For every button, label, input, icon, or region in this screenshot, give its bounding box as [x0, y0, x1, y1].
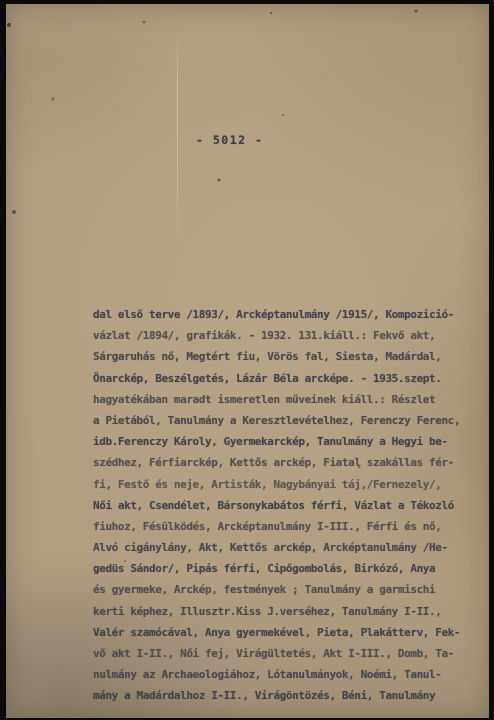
text-line: Alvó cigánylány, Akt, Kettős arckép, Arc…: [93, 537, 483, 558]
text-line: kerti képhez, Illusztr.Kiss J.verséhez, …: [93, 601, 483, 622]
text-line: szédhez, Férfiarckép, Kettős arckép, Fia…: [93, 452, 483, 473]
paper-page: - 5012 - dal első terve /1893/, Arcképta…: [6, 4, 489, 718]
text-line: vő akt I-II., Női fej, Virágültetés, Akt…: [93, 643, 483, 664]
page-number: - 5012 -: [196, 133, 263, 147]
text-line: és gyermeke, Arckép, festmények ; Tanulm…: [93, 579, 483, 600]
text-line: fiuhoz, Fésülködés, Arcképtanulmány I-II…: [93, 516, 483, 537]
text-line: hagyatékában maradt ismeretlen műveinek …: [93, 389, 483, 410]
text-line: mány a Madárdalhoz I-II., Virágöntözés, …: [93, 685, 483, 706]
text-line: fi, Festő és neje, Artisták, Nagybányai …: [93, 474, 483, 495]
text-line: gedüs Sándor/, Pipás férfi, Cipőgombolás…: [93, 558, 483, 579]
text-line: dal első terve /1893/, Arcképtanulmány /…: [93, 304, 483, 325]
text-line: Önarckép, Beszélgetés, Lázár Béla arckép…: [93, 368, 483, 389]
text-line: Női akt, Csendélet, Bársonykabátos férfi…: [93, 495, 483, 516]
body-text: dal első terve /1893/, Arcképtanulmány /…: [93, 304, 483, 707]
dust-specks: [6, 4, 8, 6]
text-line: a Pietából, Tanulmány a Keresztlevételhe…: [93, 410, 483, 431]
text-line: nulmány az Archaeologiához, Lótanulmányo…: [93, 664, 483, 685]
paper-crease: [177, 24, 178, 244]
text-line: idb.Ferenczy Károly, Gyermekarckép, Tanu…: [93, 431, 483, 452]
text-line: Valér szamócával, Anya gyermekével, Piet…: [93, 622, 483, 643]
text-line: vázlat /1894/, grafikák. - 1932. 131.kiá…: [93, 325, 483, 346]
text-line: Sárgaruhás nő, Megtért fiu, Vörös fal, S…: [93, 346, 483, 367]
scan-frame: - 5012 - dal első terve /1893/, Arcképta…: [0, 0, 494, 720]
